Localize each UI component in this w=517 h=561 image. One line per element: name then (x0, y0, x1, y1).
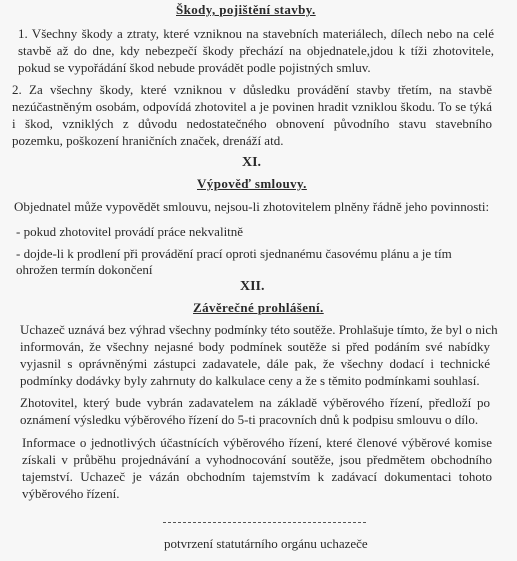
scanned-document-page: Škody, pojištění stavby. 1. Všechny škod… (0, 0, 517, 561)
paragraph-line: Uchazeč uznává bez výhrad všechny podmín… (20, 322, 490, 338)
paragraph-line: podmínky dodávky byly zahrnuty do kalkul… (20, 373, 480, 389)
paragraph-line: vyjasnil s oprávněnými zástupci zadavate… (20, 356, 490, 372)
section-title-damages: Škody, pojištění stavby. (176, 2, 316, 18)
paragraph-line: Zhotovitel, který bude vybrán zadavatele… (20, 395, 490, 411)
section-number-xii: XII. (240, 279, 265, 295)
paragraph-line: 2. Za všechny škody, které vzniknou v dů… (12, 82, 492, 98)
paragraph-line: Objednatel může vypovědět smlouvu, nejso… (14, 199, 489, 215)
paragraph-line: 1. Všechny škody a ztraty, které vznikno… (18, 26, 494, 42)
paragraph-line: výběrového řízení. (22, 486, 119, 502)
bullet-item: ohrožen termín dokončení (16, 262, 152, 278)
paragraph-line: získali v průběhu projednávání a vyhodno… (22, 452, 492, 468)
paragraph-line: stavbě až do dne, kdy nebezpečí škody př… (18, 43, 494, 59)
paragraph-line: tajemství. Uchazeč je vázán obchodním ta… (22, 469, 492, 485)
paragraph-line: oznámení výsledku výběrového řízení do 5… (20, 412, 478, 428)
section-number-xi: XI. (242, 155, 261, 171)
paragraph-line: i škod, vzniklých z důvodu nedostatečnéh… (12, 116, 492, 132)
bullet-item: - pokud zhotovitel provádí práce nekvali… (16, 224, 243, 240)
section-title-termination: Výpověď smlouvy. (197, 176, 307, 192)
paragraph-line: pokud se vypořádání škod nebude provádět… (18, 60, 371, 76)
section-title-final-declaration: Závěrečné prohlášení. (193, 300, 324, 316)
paragraph-line: informován, že všechny nejasné body podm… (20, 339, 490, 355)
paragraph-line: Informace o jednotlivých účastnících výb… (22, 435, 492, 451)
paragraph-line: pozemku, poškození hraničních značek, dr… (12, 133, 283, 149)
bullet-item: - dojde-li k prodlení při provádění prac… (16, 246, 452, 262)
signature-line (163, 522, 366, 523)
paragraph-line: nezúčastněným osobám, odpovídá zhotovite… (12, 99, 492, 115)
signature-caption: potvrzení statutárního orgánu uchazeče (164, 536, 368, 552)
